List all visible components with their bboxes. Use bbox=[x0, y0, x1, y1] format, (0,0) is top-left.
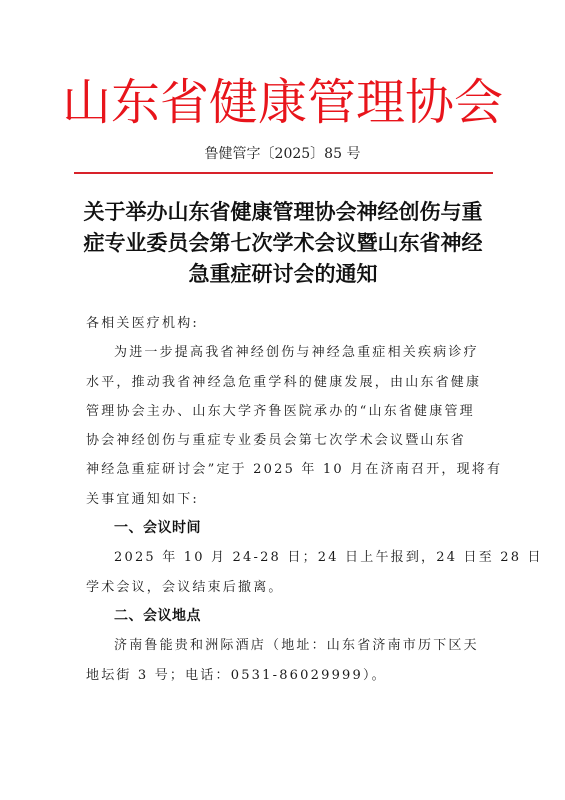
subject-line-1: 关于举办山东省健康管理协会神经创伤与重 bbox=[78, 196, 488, 227]
intro-line: 为进一步提高我省神经创伤与神经急重症相关疾病诊疗 bbox=[86, 338, 480, 367]
section-heading-meeting-venue: 二、会议地点 bbox=[86, 602, 480, 631]
document-page: 山东省健康管理协会 鲁健管字〔2025〕85 号 关于举办山东省健康管理协会神经… bbox=[0, 0, 565, 800]
subject-line-2: 症专业委员会第七次学术会议暨山东省神经 bbox=[78, 227, 488, 258]
intro-line: 协会神经创伤与重症专业委员会第七次学术会议暨山东省 bbox=[86, 426, 480, 455]
meeting-venue-line: 济南鲁能贵和洲际酒店（地址：山东省济南市历下区天 bbox=[86, 631, 480, 660]
intro-line: 水平，推动我省神经急危重学科的健康发展，由山东省健康 bbox=[86, 368, 480, 397]
meeting-time-line: 学术会议，会议结束后撤离。 bbox=[86, 573, 480, 602]
meeting-venue-line: 地坛街 3 号；电话：0531-86029999）。 bbox=[86, 661, 480, 690]
intro-line: 神经急重症研讨会”定于 2025 年 10 月在济南召开，现将有 bbox=[86, 455, 480, 484]
organization-letterhead-title: 山东省健康管理协会 bbox=[0, 72, 565, 134]
document-number: 鲁健管字〔2025〕85 号 bbox=[0, 144, 565, 164]
intro-line: 关事宜通知如下: bbox=[86, 485, 480, 514]
section-heading-meeting-time: 一、会议时间 bbox=[86, 514, 480, 543]
notice-subject-title: 关于举办山东省健康管理协会神经创伤与重 症专业委员会第七次学术会议暨山东省神经 … bbox=[78, 196, 488, 289]
letterhead-red-divider bbox=[74, 172, 493, 174]
salutation: 各相关医疗机构: bbox=[86, 309, 480, 338]
subject-line-3: 急重症研讨会的通知 bbox=[78, 258, 488, 289]
meeting-time-line: 2025 年 10 月 24-28 日；24 日上午报到，24 日至 28 日 bbox=[86, 543, 480, 572]
notice-body: 各相关医疗机构: 为进一步提高我省神经创伤与神经急重症相关疾病诊疗 水平，推动我… bbox=[86, 309, 480, 690]
intro-line: 管理协会主办、山东大学齐鲁医院承办的“山东省健康管理 bbox=[86, 397, 480, 426]
